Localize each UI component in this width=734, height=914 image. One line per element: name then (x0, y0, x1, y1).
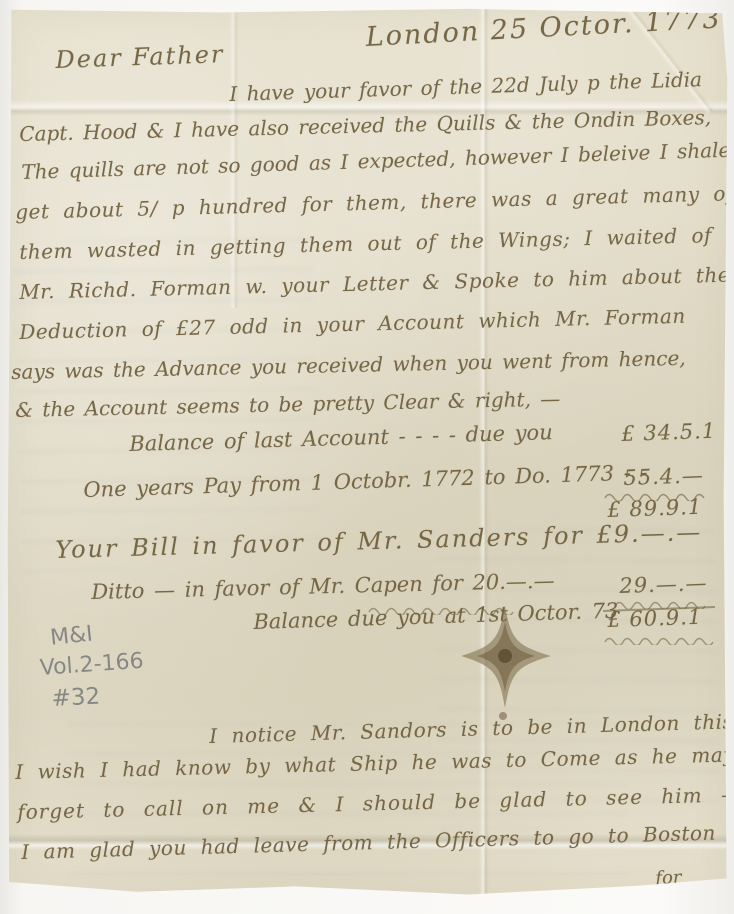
body-line: Capt. Hood & I have also received the Qu… (19, 105, 711, 146)
body-line: I wish I had know by what Ship he was to… (15, 742, 734, 784)
letter-photograph: London 25 Octor. 1773 Dear Father I have… (0, 0, 734, 914)
account-row-amount: 29.—.— (619, 571, 708, 598)
body-line: says was the Advance you received when y… (11, 346, 686, 384)
account-row-label: Balance due you at 1st Octor. 73 (253, 599, 619, 634)
catchword: for (655, 867, 682, 889)
body-line: them wasted in getting them out of the W… (19, 223, 712, 264)
account-row-label: Ditto — in favor of Mr. Capen for 20.—.— (91, 569, 555, 604)
account-total: £ 60.9.1 (607, 605, 703, 632)
squiggle-underline (603, 636, 718, 645)
body-line: Deduction of £27 odd in your Account whi… (19, 304, 686, 344)
archival-note-line: #32 (51, 683, 101, 712)
account-row-amount: 55.4.— (623, 463, 704, 490)
body-line: I notice Mr. Sandors is to be in London … (209, 708, 734, 748)
body-line: I am glad you had leave from the Officer… (21, 821, 716, 864)
body-line: & the Account seems to be pretty Clear &… (15, 387, 561, 422)
archival-note-line: M&I (49, 622, 94, 651)
body-line: forget to call on me & I should be glad … (17, 782, 734, 824)
account-row-label: Your Bill in favor of Mr. Sanders for £9… (55, 518, 703, 564)
salutation: Dear Father (55, 40, 225, 74)
body-line: I have your favor of the 22d July p the … (229, 67, 702, 106)
body-line: Mr. Richd. Forman w. your Letter & Spoke… (19, 263, 730, 304)
account-row-label: Balance of last Account - - - - due you (129, 420, 553, 456)
body-line: The quills are not so good as I expected… (21, 138, 731, 184)
account-row-label: One years Pay from 1 Octobr. 1772 to Do.… (83, 460, 648, 502)
account-row-amount: £ 34.5.1 (621, 419, 717, 446)
letter-paper: London 25 Octor. 1773 Dear Father I have… (7, 8, 728, 898)
dateline: London 25 Octor. 1773 (365, 3, 722, 53)
body-line: get about 5/ p hundred for them, there w… (15, 181, 734, 224)
archival-note-line: Vol.2-166 (39, 649, 144, 681)
